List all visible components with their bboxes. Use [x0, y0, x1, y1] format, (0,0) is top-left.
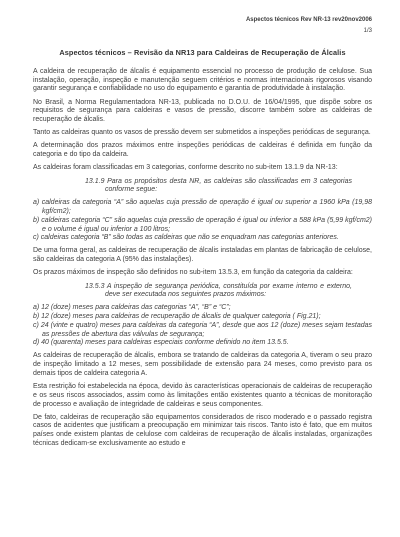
quote-list-item-c: c) 24 (vinte e quatro) meses para caldei…	[33, 322, 372, 339]
quote-list-item-a: a) 12 (doze) meses para caldeiras das ca…	[33, 304, 372, 313]
clause-text: A inspeção de segurança periódica, const…	[105, 283, 352, 299]
quote-list-item-b: b) caldeiras categoria “C” são aquelas c…	[33, 217, 372, 234]
paragraph-risco-moderado: De fato, caldeiras de recuperação são eq…	[33, 414, 372, 449]
paragraph-restricao-12-meses: As caldeiras de recuperação de álcalis, …	[33, 352, 372, 378]
clause-number: 13.1.9	[85, 178, 104, 185]
clause-text: Para os propósitos desta NR, as caldeira…	[105, 178, 352, 194]
quote-list-13-1-9: a) caldeiras da categoria “A” são aquela…	[33, 199, 372, 243]
quote-clause-13-1-9: 13.1.9 Para os propósitos desta NR, as c…	[85, 178, 352, 195]
paragraph-nr13-brasil: No Brasil, a Norma Regulamentadora NR-13…	[33, 99, 372, 125]
paragraph-intro: A caldeira de recuperação de álcalis é e…	[33, 68, 372, 94]
paragraph-categoria-a: De uma forma geral, as caldeiras de recu…	[33, 247, 372, 264]
quote-list-13-5-3: a) 12 (doze) meses para caldeiras das ca…	[33, 304, 372, 348]
quote-list-item-d: d) 40 (quarenta) meses para caldeiras es…	[33, 339, 372, 348]
paragraph-categorias: As caldeiras foram classificadas em 3 ca…	[33, 164, 372, 173]
quote-list-item-b: b) 12 (doze) meses para caldeiras de rec…	[33, 313, 372, 322]
header-document-reference: Aspectos técnicos Rev NR-13 rev20nov2006	[33, 17, 372, 24]
quote-list-item-a: a) caldeiras da categoria “A” são aquela…	[33, 199, 372, 216]
clause-number: 13.5.3	[85, 283, 104, 290]
quote-list-item-c: c) caldeiras categoria “B” são todas as …	[33, 234, 372, 243]
document-title: Aspectos técnicos – Revisão da NR13 para…	[33, 48, 372, 57]
paragraph-prazos-maximos: A determinação dos prazos máximos entre …	[33, 142, 372, 159]
document-page: Aspectos técnicos Rev NR-13 rev20nov2006…	[0, 0, 400, 537]
paragraph-subitem-1353: Os prazos máximos de inspeção são defini…	[33, 269, 372, 278]
paragraph-inspecoes-periodicas: Tanto as caldeiras quanto os vasos de pr…	[33, 129, 372, 138]
quote-clause-13-5-3: 13.5.3 A inspeção de segurança periódica…	[85, 283, 352, 300]
header-page-number: 1/3	[33, 28, 372, 35]
paragraph-restricao-epoca: Esta restrição foi estabelecida na época…	[33, 383, 372, 409]
